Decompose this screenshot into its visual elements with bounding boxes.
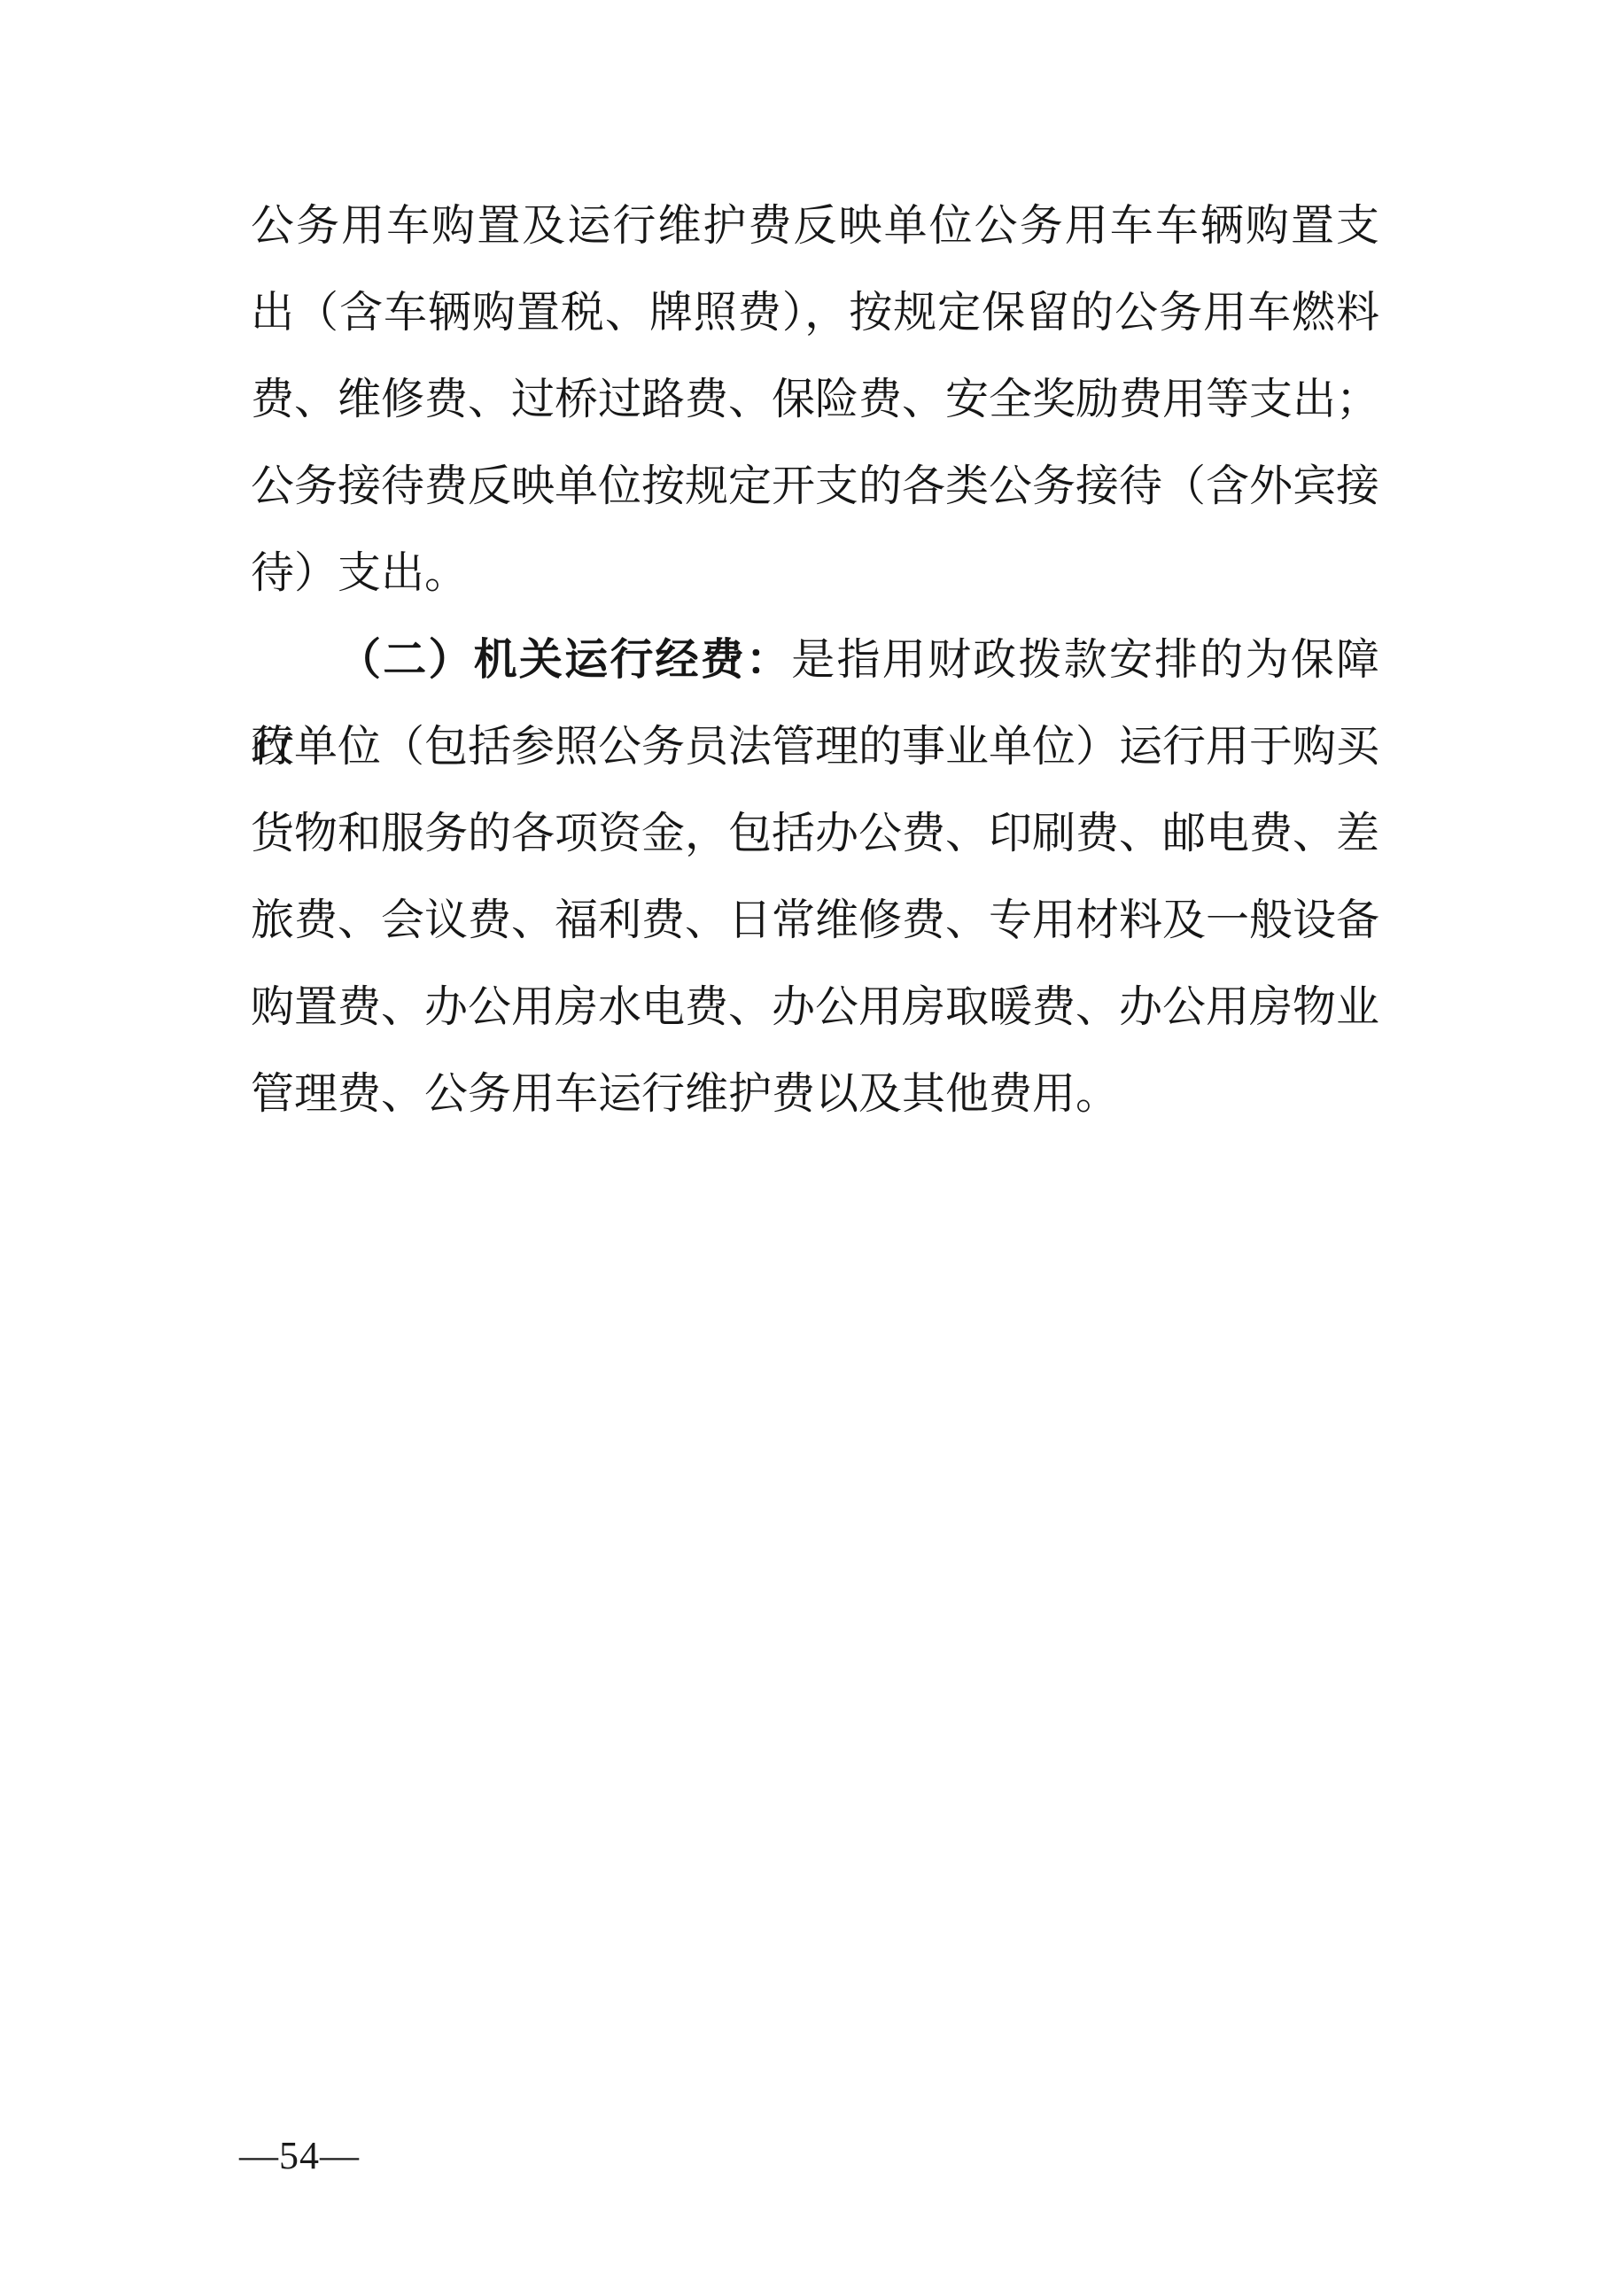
document-body: 公务用车购置及运行维护费反映单位公务用车车辆购置支 出（含车辆购置税、牌照费），… <box>251 182 1379 1137</box>
text-line: 政单位（包括参照公务员法管理的事业单位）运行用于购买 <box>251 703 1379 790</box>
text-line: 公务用车购置及运行维护费反映单位公务用车车辆购置支 <box>251 182 1379 269</box>
page-number: —54— <box>239 2135 360 2177</box>
text-line: 公务接待费反映单位按规定开支的各类公务接待（含外宾接 <box>251 443 1379 530</box>
text-line: 旅费、会议费、福利费、日常维修费、专用材料及一般设备 <box>251 877 1379 964</box>
text-line: 管理费、公务用车运行维护费以及其他费用。 <box>251 1051 1379 1137</box>
text-line: 出（含车辆购置税、牌照费），按规定保留的公务用车燃料 <box>251 269 1379 356</box>
text-line: 货物和服务的各项资金，包括办公费、印刷费、邮电费、差 <box>251 790 1379 877</box>
document-page: 公务用车购置及运行维护费反映单位公务用车车辆购置支 出（含车辆购置税、牌照费），… <box>0 0 1623 2296</box>
subsection-heading: （二）机关运行经费： <box>338 635 791 684</box>
text-line: （二）机关运行经费：是指用财政拨款安排的为保障行 <box>251 617 1379 703</box>
text-line: 购置费、办公用房水电费、办公用房取暖费、办公用房物业 <box>251 964 1379 1051</box>
text-line: 待）支出。 <box>251 530 1379 617</box>
paragraph-vehicle-fees: 公务用车购置及运行维护费反映单位公务用车车辆购置支 出（含车辆购置税、牌照费），… <box>251 182 1379 617</box>
paragraph-agency-operating-funds: （二）机关运行经费：是指用财政拨款安排的为保障行 政单位（包括参照公务员法管理的… <box>251 617 1379 1137</box>
text-line: 费、维修费、过桥过路费、保险费、安全奖励费用等支出； <box>251 356 1379 443</box>
